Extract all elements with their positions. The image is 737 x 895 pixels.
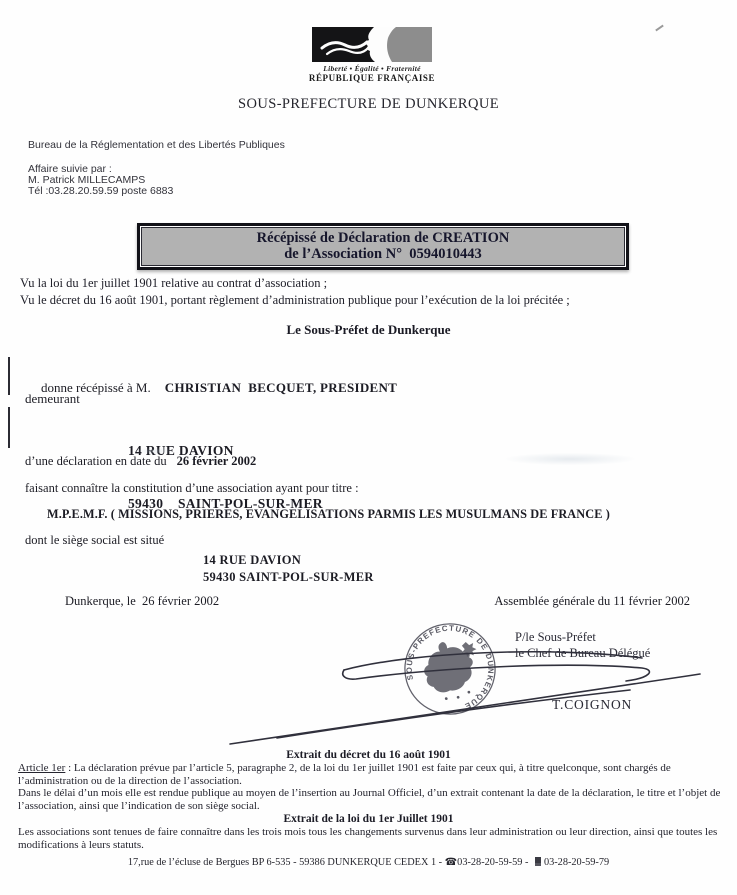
prefecture-title: SOUS-PREFECTURE DE DUNKERQUE — [0, 96, 737, 113]
receipt-title-box: Récépissé de Déclaration de CREATION de … — [137, 223, 629, 270]
prefecture-stamp-icon: SOUS-PREFECTURE DE DUNKERQUE — [389, 608, 510, 729]
affaire-block: Affaire suivie par : M. Patrick MILLECAM… — [28, 164, 173, 197]
extract-decret-heading: Extrait du décret du 16 août 1901 — [0, 749, 737, 761]
association-title: M.P.E.M.F. ( MISSIONS, PRIERES, EVANGELI… — [47, 507, 610, 522]
extract-loi-heading: Extrait de la loi du 1er Juillet 1901 — [0, 813, 737, 825]
declaration-line: d’une déclaration en date du26 février 2… — [25, 454, 256, 469]
scan-artifact-smudge — [125, 446, 185, 456]
extract-loi-para: Les associations sont tenues de faire co… — [18, 826, 721, 851]
bureau-line: Bureau de la Réglementation et des Liber… — [28, 139, 285, 151]
footer-phone: 03-28-20-59-59 — [457, 857, 522, 868]
siege-line: dont le siège social est situé — [25, 533, 164, 548]
republic-logo: Liberté • Égalité • Fraternité RÉPUBLIQU… — [303, 27, 441, 83]
footer-fax: 03-28-20-59-79 — [544, 857, 609, 868]
address-block-1: 14 RUE DAVION 59430 SAINT-POL-SUR-MER — [128, 407, 323, 547]
place-date-line: Dunkerque, le 26 février 2002 — [65, 594, 219, 609]
signature-name: T.COIGNON — [552, 697, 632, 713]
scan-artifact-line — [8, 357, 10, 395]
scan-artifact-smudge — [475, 450, 665, 468]
logo-republic-name: RÉPUBLIQUE FRANÇAISE — [303, 73, 441, 83]
address2-city: 59430 SAINT-POL-SUR-MER — [203, 569, 374, 586]
logo-motto: Liberté • Égalité • Fraternité — [303, 64, 441, 73]
declaration-prefix: d’une déclaration en date du — [25, 454, 167, 468]
extract-decret-article: Article 1er : La déclaration prévue par … — [18, 762, 721, 787]
document-page: Liberté • Égalité • Fraternité RÉPUBLIQU… — [0, 0, 737, 895]
assembly-date-line: Assemblée générale du 11 février 2002 — [494, 594, 690, 609]
constitution-line: faisant connaître la constitution d’une … — [25, 481, 359, 496]
signatory-line2: le Chef de Bureau Délégué — [515, 645, 650, 661]
receipt-title-line1: Récépissé de Déclaration de CREATION — [142, 230, 624, 246]
affaire-phone: Tél :03.28.20.59.59 poste 6883 — [28, 186, 173, 197]
address-block-2: 14 RUE DAVION 59430 SAINT-POL-SUR-MER — [203, 552, 374, 586]
scan-artifact-line — [8, 407, 10, 448]
demeurant-label: demeurant — [25, 391, 80, 407]
recipient-name: CHRISTIAN BECQUET, PRESIDENT — [165, 380, 397, 395]
fax-icon — [535, 857, 541, 866]
footer-line: 17,rue de l’écluse de Bergues BP 6-535 -… — [0, 857, 737, 868]
marianne-flag-icon — [312, 27, 432, 62]
footer-address: 17,rue de l’écluse de Bergues BP 6-535 -… — [128, 857, 445, 868]
phone-icon: ☎ — [445, 857, 457, 868]
address2-street: 14 RUE DAVION — [203, 552, 374, 569]
signatory-line1: P/le Sous-Préfet — [515, 629, 650, 645]
article-label: Article 1er — [18, 762, 65, 774]
declaration-date: 26 février 2002 — [177, 454, 257, 468]
extract-decret-para2: Dans le délai d’un mois elle est rendue … — [18, 787, 721, 812]
vu-line-1: Vu la loi du 1er juillet 1901 relative a… — [20, 276, 327, 291]
signatory-block: P/le Sous-Préfet le Chef de Bureau Délég… — [515, 629, 650, 661]
vu-line-2: Vu le décret du 16 août 1901, portant rè… — [20, 293, 570, 308]
receipt-title-inner: Récépissé de Déclaration de CREATION de … — [141, 227, 625, 266]
article-text: : La déclaration prévue par l’article 5,… — [18, 762, 671, 787]
footer-dash: - — [522, 857, 531, 868]
scan-artifact-mark — [655, 25, 664, 32]
receipt-title-line2: de l’Association N° 0594010443 — [142, 246, 624, 262]
prefect-line: Le Sous-Préfet de Dunkerque — [0, 322, 737, 338]
recepisse-line: donne récépissé à M.CHRISTIAN BECQUET, P… — [28, 364, 397, 412]
